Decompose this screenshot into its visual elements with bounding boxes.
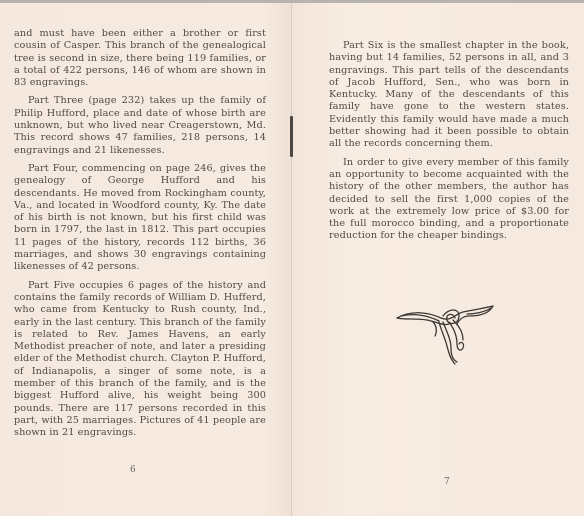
paragraph: Part Four, commencing on page 246, gives… — [14, 163, 266, 274]
right-page: Part Six is the smallest chapter in the … — [329, 3, 569, 516]
paragraph: Part Five occupies 6 pages of the histor… — [14, 280, 266, 440]
staple — [290, 116, 293, 157]
flourish-ornament-icon — [393, 300, 498, 368]
paragraph: In order to give every member of this fa… — [329, 157, 569, 243]
paragraph: and must have been either a brother or f… — [14, 28, 266, 89]
paragraph: Part Three (page 232) takes up the famil… — [14, 95, 266, 156]
right-page-text: Part Six is the smallest chapter in the … — [329, 40, 569, 243]
left-page-text: and must have been either a brother or f… — [14, 28, 266, 440]
left-page: and must have been either a brother or f… — [14, 3, 266, 516]
book-spread: and must have been either a brother or f… — [0, 0, 584, 516]
page-number-left: 6 — [130, 465, 136, 475]
paragraph: Part Six is the smallest chapter in the … — [329, 40, 569, 151]
page-number-right: 7 — [444, 477, 450, 487]
book-gutter — [291, 3, 292, 516]
